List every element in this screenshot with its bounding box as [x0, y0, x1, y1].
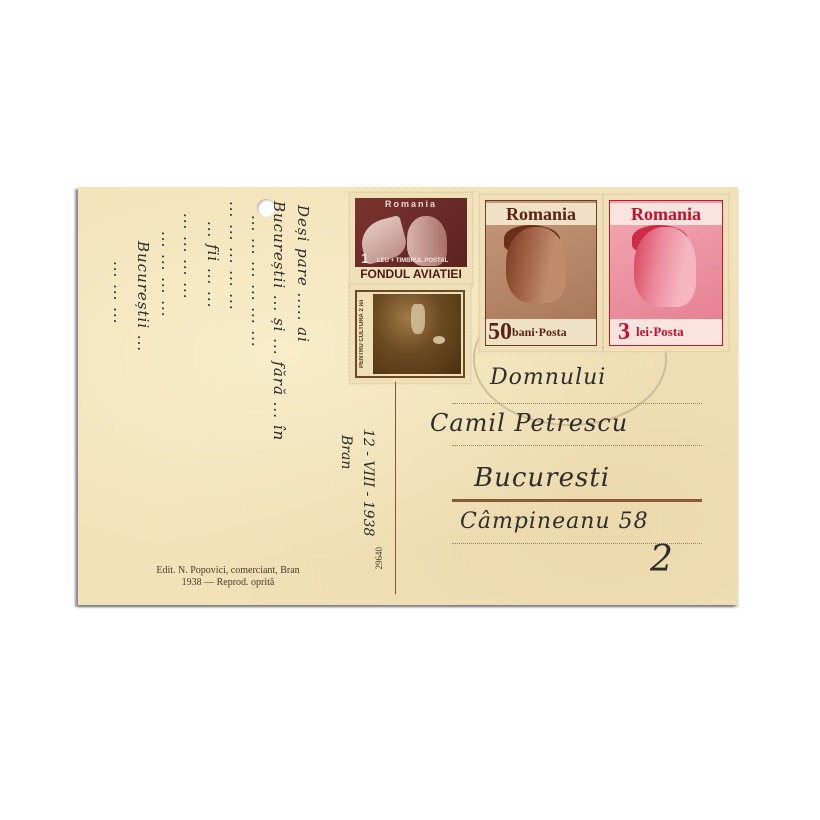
message-line: ... fii ... ...	[204, 221, 222, 308]
publisher-imprint: Edit. N. Popovici, comerciant, Bran 1938…	[108, 565, 348, 589]
stamp-50-bani: Romania 50bani·Posta	[480, 195, 602, 351]
message-line: ... ... ... ...	[180, 213, 198, 300]
stamp-country: Romania	[610, 203, 722, 225]
serial-number: 29640	[374, 547, 384, 570]
address-street: Câmpineanu 58	[460, 509, 649, 534]
stamp-denomination: 3lei·Posta	[610, 319, 722, 345]
message-line: ... ... ... ...	[158, 231, 176, 318]
address-line-solid	[452, 499, 702, 502]
message-date: 12 - VIII - 1938	[360, 429, 376, 536]
stamp-country: Romania	[486, 203, 596, 225]
address-name: Camil Petrescu	[430, 409, 628, 437]
message-line: Bucureștii ...	[134, 241, 152, 352]
address-line	[452, 403, 702, 404]
figure-illustration	[433, 336, 445, 344]
king-carol-portrait	[634, 227, 696, 307]
imprint-line: 1938 — Reprod. oprită	[108, 577, 348, 589]
message-line: ... ... ... ... ... ...	[248, 215, 266, 348]
address-city: Bucuresti	[474, 463, 610, 493]
message-place: Bran	[338, 435, 354, 469]
message-line: ... ... ... ... ...	[226, 201, 244, 311]
message-line: ... ... ...	[110, 261, 128, 324]
imprint-line: Edit. N. Popovici, comerciant, Bran	[108, 565, 348, 577]
handwritten-message: Deși pare ..... ai Bucureștii ... și ...…	[88, 201, 388, 597]
message-line: Bucureștii ... și ... fără ... în	[270, 201, 288, 441]
figure-illustration	[411, 304, 425, 334]
address-line	[452, 445, 702, 446]
stamp-denomination: 50bani·Posta	[486, 319, 596, 345]
message-line: Deși pare ..... ai	[294, 205, 312, 343]
postcard: 1938 10.VIII 38 Romania 1 LEU + TIMBRUL …	[78, 187, 738, 605]
king-carol-portrait	[506, 227, 566, 303]
divider-line	[395, 382, 396, 594]
address-salutation: Domnului	[490, 365, 606, 390]
stamp-3-lei: Romania 3lei·Posta	[604, 195, 728, 351]
address-district: 2	[650, 539, 674, 580]
